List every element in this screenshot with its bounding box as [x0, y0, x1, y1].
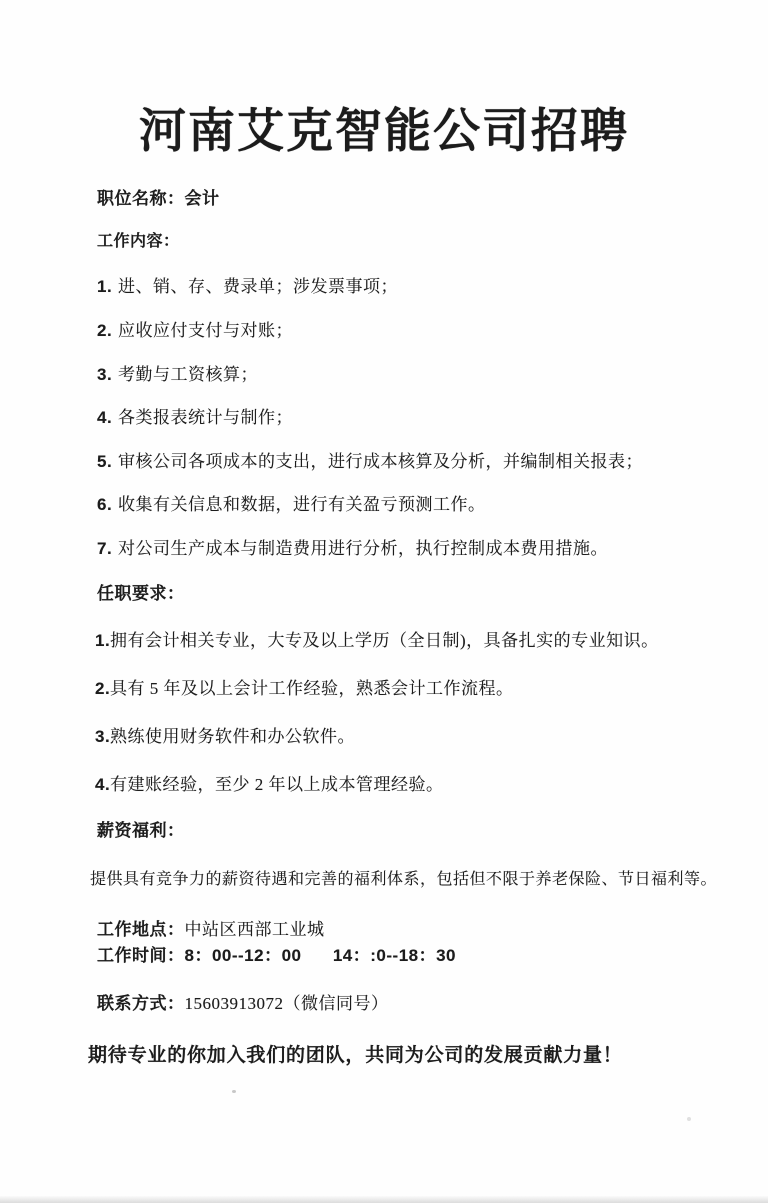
contact-value: 15603913072（微信同号） — [185, 994, 389, 1013]
scanned-document-page: 河南艾克智能公司招聘 职位名称：会计 工作内容： 1.进、销、存、费录单；涉发票… — [0, 0, 768, 1203]
requirement-item-3-number: 3. — [95, 727, 110, 747]
requirement-item-4-number: 4. — [95, 775, 110, 795]
salary-heading: 薪资福利： — [97, 816, 185, 841]
work-item-4: 4.各类报表统计与制作； — [97, 403, 293, 428]
work-item-2-text: 应收应付支付与对账； — [118, 321, 293, 340]
work-item-5-number: 5. — [97, 452, 118, 472]
requirement-item-1: 1.拥有会计相关专业，大专及以上学历（全日制)，具备扎实的专业知识。 — [95, 626, 659, 651]
hours-line: 工作时间：8：00--12：00 14：:0--18：30 — [97, 941, 456, 966]
location-label: 工作地点： — [97, 920, 185, 939]
job-title-value: 会计 — [185, 189, 220, 208]
work-item-5-text: 审核公司各项成本的支出，进行成本核算及分析，并编制相关报表； — [118, 452, 643, 471]
requirement-item-2: 2.具有 5 年及以上会计工作经验，熟悉会计工作流程。 — [95, 674, 514, 699]
hours-label: 工作时间： — [97, 946, 185, 965]
scan-speck — [687, 1117, 691, 1121]
requirement-item-2-text: 具有 5 年及以上会计工作经验，熟悉会计工作流程。 — [110, 679, 514, 698]
requirement-item-1-number: 1. — [95, 631, 110, 651]
contact-label: 联系方式： — [97, 994, 185, 1013]
work-content-heading: 工作内容： — [97, 228, 180, 251]
work-item-4-text: 各类报表统计与制作； — [118, 408, 293, 427]
requirements-heading: 任职要求： — [97, 579, 185, 604]
scan-speck — [232, 1090, 236, 1093]
work-item-1-text: 进、销、存、费录单；涉发票事项； — [118, 277, 398, 296]
work-item-6: 6.收集有关信息和数据，进行有关盈亏预测工作。 — [97, 490, 486, 515]
salary-text: 提供具有竞争力的薪资待遇和完善的福利体系，包括但不限于养老保险、节日福利等。 — [90, 866, 717, 889]
work-item-2: 2.应收应付支付与对账； — [97, 316, 293, 341]
requirement-item-1-text: 拥有会计相关专业，大专及以上学历（全日制)，具备扎实的专业知识。 — [110, 631, 659, 650]
work-item-6-text: 收集有关信息和数据，进行有关盈亏预测工作。 — [118, 495, 486, 514]
work-item-5: 5.审核公司各项成本的支出，进行成本核算及分析，并编制相关报表； — [97, 447, 643, 472]
work-item-7-number: 7. — [97, 539, 118, 559]
work-item-3-text: 考勤与工资核算； — [118, 365, 258, 384]
contact-line: 联系方式：15603913072（微信同号） — [97, 989, 389, 1014]
document-title: 河南艾克智能公司招聘 — [0, 94, 768, 161]
closing-line: 期待专业的你加入我们的团队，共同为公司的发展贡献力量！ — [88, 1040, 623, 1067]
requirement-item-2-number: 2. — [95, 679, 110, 699]
location-value: 中站区西部工业城 — [185, 920, 325, 939]
location-line: 工作地点：中站区西部工业城 — [97, 915, 325, 940]
work-item-7: 7.对公司生产成本与制造费用进行分析，执行控制成本费用措施。 — [97, 534, 608, 559]
job-title-label: 职位名称： — [97, 189, 185, 208]
requirement-item-3: 3.熟练使用财务软件和办公软件。 — [95, 722, 355, 747]
work-item-3: 3.考勤与工资核算； — [97, 360, 258, 385]
requirement-item-4-text: 有建账经验，至少 2 年以上成本管理经验。 — [110, 775, 444, 794]
scan-bottom-edge — [0, 1196, 768, 1203]
work-item-6-number: 6. — [97, 495, 118, 515]
work-item-2-number: 2. — [97, 321, 118, 341]
requirement-item-4: 4.有建账经验，至少 2 年以上成本管理经验。 — [95, 770, 444, 795]
job-title-line: 职位名称：会计 — [97, 184, 220, 209]
work-item-4-number: 4. — [97, 408, 118, 428]
requirement-item-3-text: 熟练使用财务软件和办公软件。 — [110, 727, 355, 746]
work-item-1-number: 1. — [97, 277, 118, 297]
work-item-1: 1.进、销、存、费录单；涉发票事项； — [97, 272, 398, 297]
work-item-7-text: 对公司生产成本与制造费用进行分析，执行控制成本费用措施。 — [118, 539, 608, 558]
work-item-3-number: 3. — [97, 365, 118, 385]
hours-value: 8：00--12：00 14：:0--18：30 — [185, 946, 457, 965]
